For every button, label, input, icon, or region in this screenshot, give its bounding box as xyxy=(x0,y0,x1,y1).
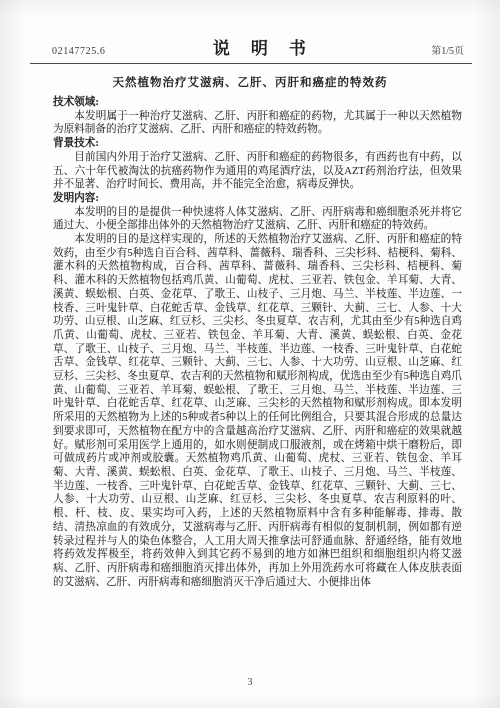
specification-body: 技术领域: 本发明属于一种治疗艾滋病、乙肝、丙肝和癌症的药物，尤其属于一种以天然… xyxy=(53,96,462,589)
application-number: 02147725.6 xyxy=(52,46,106,57)
page-footer: 3 xyxy=(0,677,500,688)
paragraph-background-art: 目前国内外用于治疗艾滋病、乙肝、丙肝和癌症的药物很多，有西药也有中药，以五、六十… xyxy=(53,151,462,192)
page-header: 02147725.6 说 明 书 第1/5页 xyxy=(52,34,464,59)
document-type-title: 说 明 书 xyxy=(213,34,308,59)
section-heading-background-art: 背景技术: xyxy=(53,137,462,151)
paragraph-invention-purpose: 本发明的目的是提供一种快速将人体艾滋病、乙肝、丙肝病毒和癌细胞杀死并将它通过大、… xyxy=(53,206,462,233)
section-heading-invention-content: 发明内容: xyxy=(53,192,462,206)
patent-specification-page: 02147725.6 说 明 书 第1/5页 天然植物治疗艾滋病、乙肝、丙肝和癌… xyxy=(0,0,500,708)
invention-title: 天然植物治疗艾滋病、乙肝、丙肝和癌症的特效药 xyxy=(0,74,500,90)
header-divider xyxy=(30,63,472,64)
sheet-number: 3 xyxy=(248,677,253,688)
paragraph-technical-field: 本发明属于一种治疗艾滋病、乙肝、丙肝和癌症的药物，尤其属于一种以天然植物为原料制… xyxy=(53,110,462,137)
paragraph-invention-composition: 本发明的目的是这样实现的，所述的天然植物治疗艾滋病、乙肝、丙肝和癌症的特效药，由… xyxy=(53,233,462,589)
section-heading-technical-field: 技术领域: xyxy=(53,96,462,110)
page-indicator: 第1/5页 xyxy=(431,42,464,57)
